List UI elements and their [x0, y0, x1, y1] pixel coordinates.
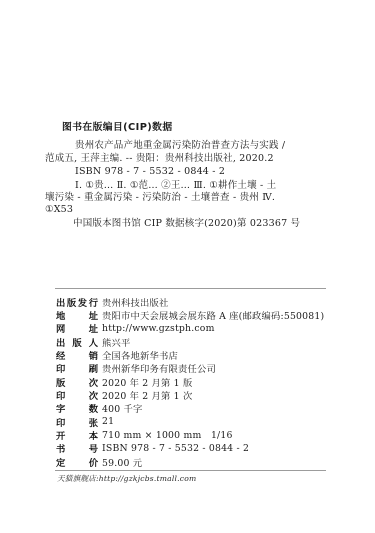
colophon-row-value: 2020 年 2 月第 1 版 [102, 375, 192, 389]
colophon-row-label: 印 刷 [56, 361, 98, 375]
cip-classification-line-3: ①X53 [45, 203, 73, 216]
colophon-row-value: 59.00 元 [102, 455, 142, 469]
colophon-row: 版 次 2020 年 2 月第 1 版 [56, 375, 336, 388]
colophon-row-value: 400 千字 [102, 401, 143, 415]
bottom-divider-rule [55, 470, 326, 471]
colophon-row-label: 印 张 [56, 415, 98, 429]
colophon-row-label: 网 址 [56, 321, 98, 335]
book-copyright-page: 图书在版编目(CIP)数据 贵州农产品产地重金属污染防治普查方法与实践 / 范成… [0, 0, 375, 533]
colophon-row-value: 2020 年 2 月第 1 次 [102, 388, 192, 402]
colophon-row-label: 定 价 [56, 455, 98, 469]
colophon-row-label: 印 次 [56, 388, 98, 402]
colophon-row-value: ISBN 978 - 7 - 5532 - 0844 - 2 [102, 443, 249, 454]
colophon-row: 印 次 2020 年 2 月第 1 次 [56, 388, 336, 401]
cip-isbn-line: ISBN 978 - 7 - 5532 - 0844 - 2 [75, 165, 225, 178]
colophon-row-label: 书 号 [56, 441, 98, 455]
top-divider-rule [55, 288, 326, 289]
colophon-row: 定 价 59.00 元 [56, 455, 336, 468]
colophon-row-value: 贵州科技出版社 [102, 295, 168, 309]
colophon-row-label: 出版发行 [56, 295, 98, 309]
colophon-row-label: 字 数 [56, 401, 98, 415]
tmall-store-note: 天猫旗舰店:http://gzkjcbs.tmall.com [57, 473, 196, 484]
cip-block-header: 图书在版编目(CIP)数据 [62, 121, 173, 134]
colophon-table: 出版发行 贵州科技出版社 地 址 贵阳市中天会展城会展东路 A 座(邮政编码:5… [56, 295, 336, 468]
colophon-row-value: 贵阳市中天会展城会展东路 A 座(邮政编码:550081) [102, 308, 324, 322]
colophon-row: 印 张 21 [56, 415, 336, 428]
colophon-row: 字 数 400 千字 [56, 402, 336, 415]
colophon-row: 出 版 人 熊兴平 [56, 335, 336, 348]
colophon-row-value: 全国各地新华书店 [102, 348, 178, 362]
colophon-row-value: 熊兴平 [102, 335, 131, 349]
colophon-row: 书 号 ISBN 978 - 7 - 5532 - 0844 - 2 [56, 442, 336, 455]
colophon-row: 经 销 全国各地新华书店 [56, 348, 336, 361]
cip-title-line-2: 范成五, 王萍主编. -- 贵阳：贵州科技出版社, 2020.2 [45, 152, 274, 165]
colophon-row-label: 地 址 [56, 308, 98, 322]
cip-record-number-line: 中国版本图书馆 CIP 数据核字(2020)第 023367 号 [73, 217, 300, 230]
colophon-row-label: 出 版 人 [56, 335, 98, 349]
colophon-row-label: 开 本 [56, 428, 98, 442]
cip-classification-line-2: 壤污染 - 重金属污染 - 污染防治 - 土壤普查 - 贵州 Ⅳ. [45, 191, 275, 204]
colophon-row: 开 本 710 mm × 1000 mm 1/16 [56, 428, 336, 441]
colophon-row: 出版发行 贵州科技出版社 [56, 295, 336, 308]
cip-title-line-1: 贵州农产品产地重金属污染防治普查方法与实践 / [75, 139, 285, 152]
colophon-row-label: 经 销 [56, 348, 98, 362]
colophon-row-value: 21 [102, 416, 114, 427]
colophon-row: 网 址 http://www.gzstph.com [56, 322, 336, 335]
colophon-row-value: 贵州新华印务有限责任公司 [102, 361, 216, 375]
colophon-row-label: 版 次 [56, 375, 98, 389]
colophon-row: 地 址 贵阳市中天会展城会展东路 A 座(邮政编码:550081) [56, 308, 336, 321]
colophon-row-value: http://www.gzstph.com [102, 323, 215, 334]
colophon-row-value: 710 mm × 1000 mm 1/16 [102, 430, 233, 441]
colophon-row: 印 刷 贵州新华印务有限责任公司 [56, 362, 336, 375]
